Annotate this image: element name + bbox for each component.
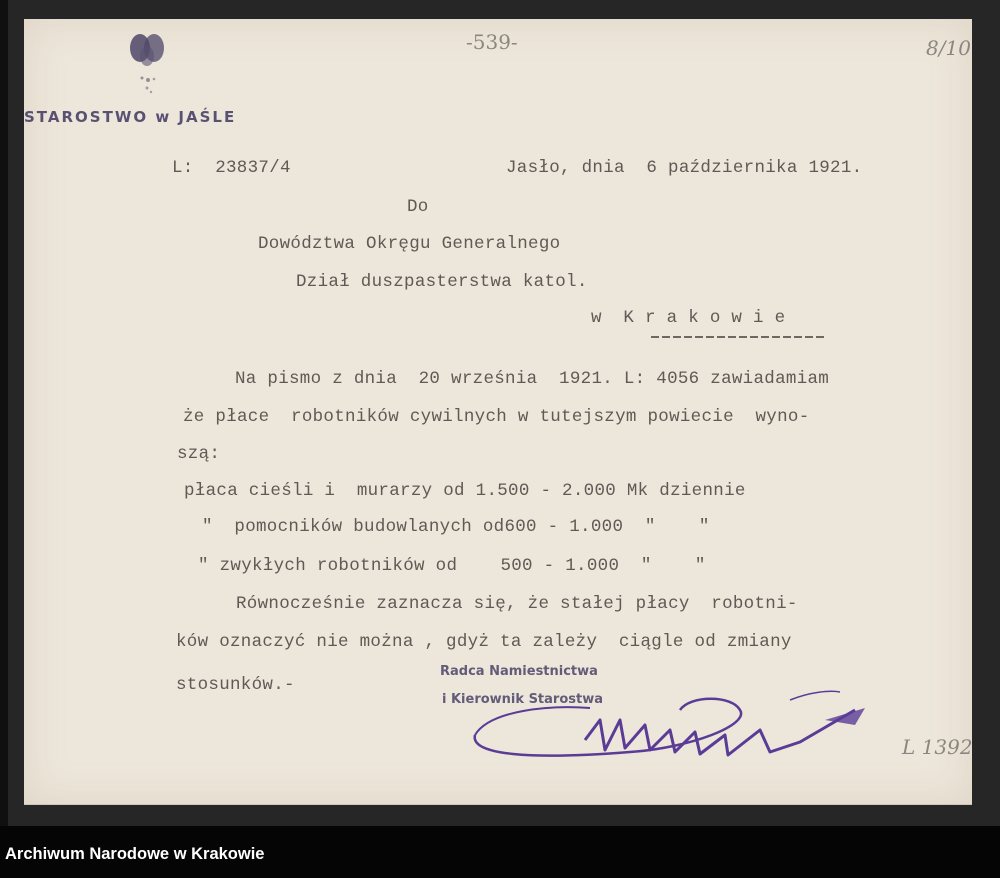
- reference-number: L: 23837/4: [172, 158, 291, 178]
- recipient-line-1: Dowództwa Okręgu Generalnego: [258, 234, 560, 254]
- body-para1-line3: szą:: [177, 444, 220, 464]
- recipient-underline: [651, 336, 825, 338]
- signature-stamp-line-1: Radca Namiestnictwa: [440, 664, 598, 679]
- body-para1-line1: Na pismo z dnia 20 września 1921. L: 405…: [235, 369, 829, 389]
- recipient-line-2: Dział duszpasterstwa katol.: [296, 272, 588, 292]
- body-para2-line2: ków oznaczyć nie można , gdyż ta zależy …: [176, 632, 792, 652]
- recipient-to: Do: [407, 197, 429, 217]
- wage-line-1: płaca cieśli i murarzy od 1.500 - 2.000 …: [184, 481, 746, 501]
- office-header-stamp: STAROSTWO w JAŚLE: [24, 108, 236, 126]
- body-para2-line3: stosunków.-: [176, 675, 295, 695]
- frame-edge: [0, 0, 8, 826]
- place-date: Jasło, dnia 6 października 1921.: [506, 158, 862, 178]
- archive-note: L 1392: [902, 735, 973, 759]
- body-para1-line2: że płace robotników cywilnych w tutejszy…: [183, 407, 810, 427]
- body-para2-line1: Równocześnie zaznacza się, że stałej pła…: [236, 594, 798, 614]
- page-number: -539-: [466, 30, 518, 54]
- eagle-emblem-icon: [120, 30, 176, 100]
- wage-line-2: " pomocników budowlanych od600 - 1.000 "…: [202, 517, 710, 537]
- archive-caption: Archiwum Narodowe w Krakowie: [5, 845, 264, 864]
- folio-note: 8/10: [926, 36, 971, 60]
- wage-line-3: " zwykłych robotników od 500 - 1.000 " ": [198, 556, 706, 576]
- recipient-line-3: w K r a k o w i e: [591, 308, 785, 328]
- handwritten-signature: [470, 680, 900, 780]
